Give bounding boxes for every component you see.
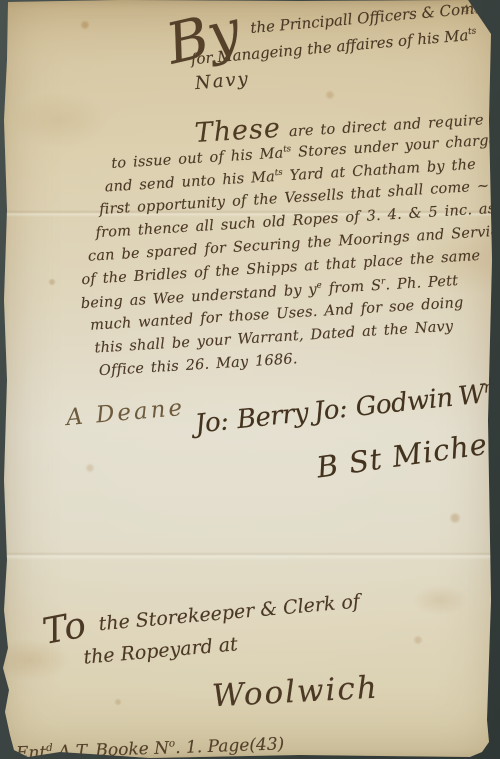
address-place: Woolwich: [211, 670, 379, 715]
signature-deane: A Deane: [65, 395, 186, 431]
signature-berry: Jo: Berry: [194, 398, 310, 440]
scanned-document: 45 By the Principall Officers & Commrs f…: [0, 0, 500, 759]
header-block: By the Principall Officers & Commrs for …: [148, 0, 498, 98]
signature-godwin: Jo: Godwin: [312, 382, 454, 426]
ornate-capital-by: By: [162, 6, 244, 71]
signature-hewer: Wm Hewer: [457, 368, 500, 412]
entry-note: Entd A.T. Booke No. 1. Page(43): [16, 734, 285, 759]
address-block: To the Storekeeper & Clerk of the Ropeya…: [44, 590, 364, 671]
body-block: Theseare to direct and require you ~ to …: [64, 100, 500, 388]
signature-stmichel: B St Michel: [315, 425, 500, 484]
opening-word: These: [194, 113, 282, 149]
signature-row: Jo: Berry Jo: Godwin Wm Hewer: [193, 367, 500, 439]
manuscript-page: 45 By the Principall Officers & Commrs f…: [0, 0, 500, 759]
ornate-capital-to: To: [40, 608, 89, 650]
